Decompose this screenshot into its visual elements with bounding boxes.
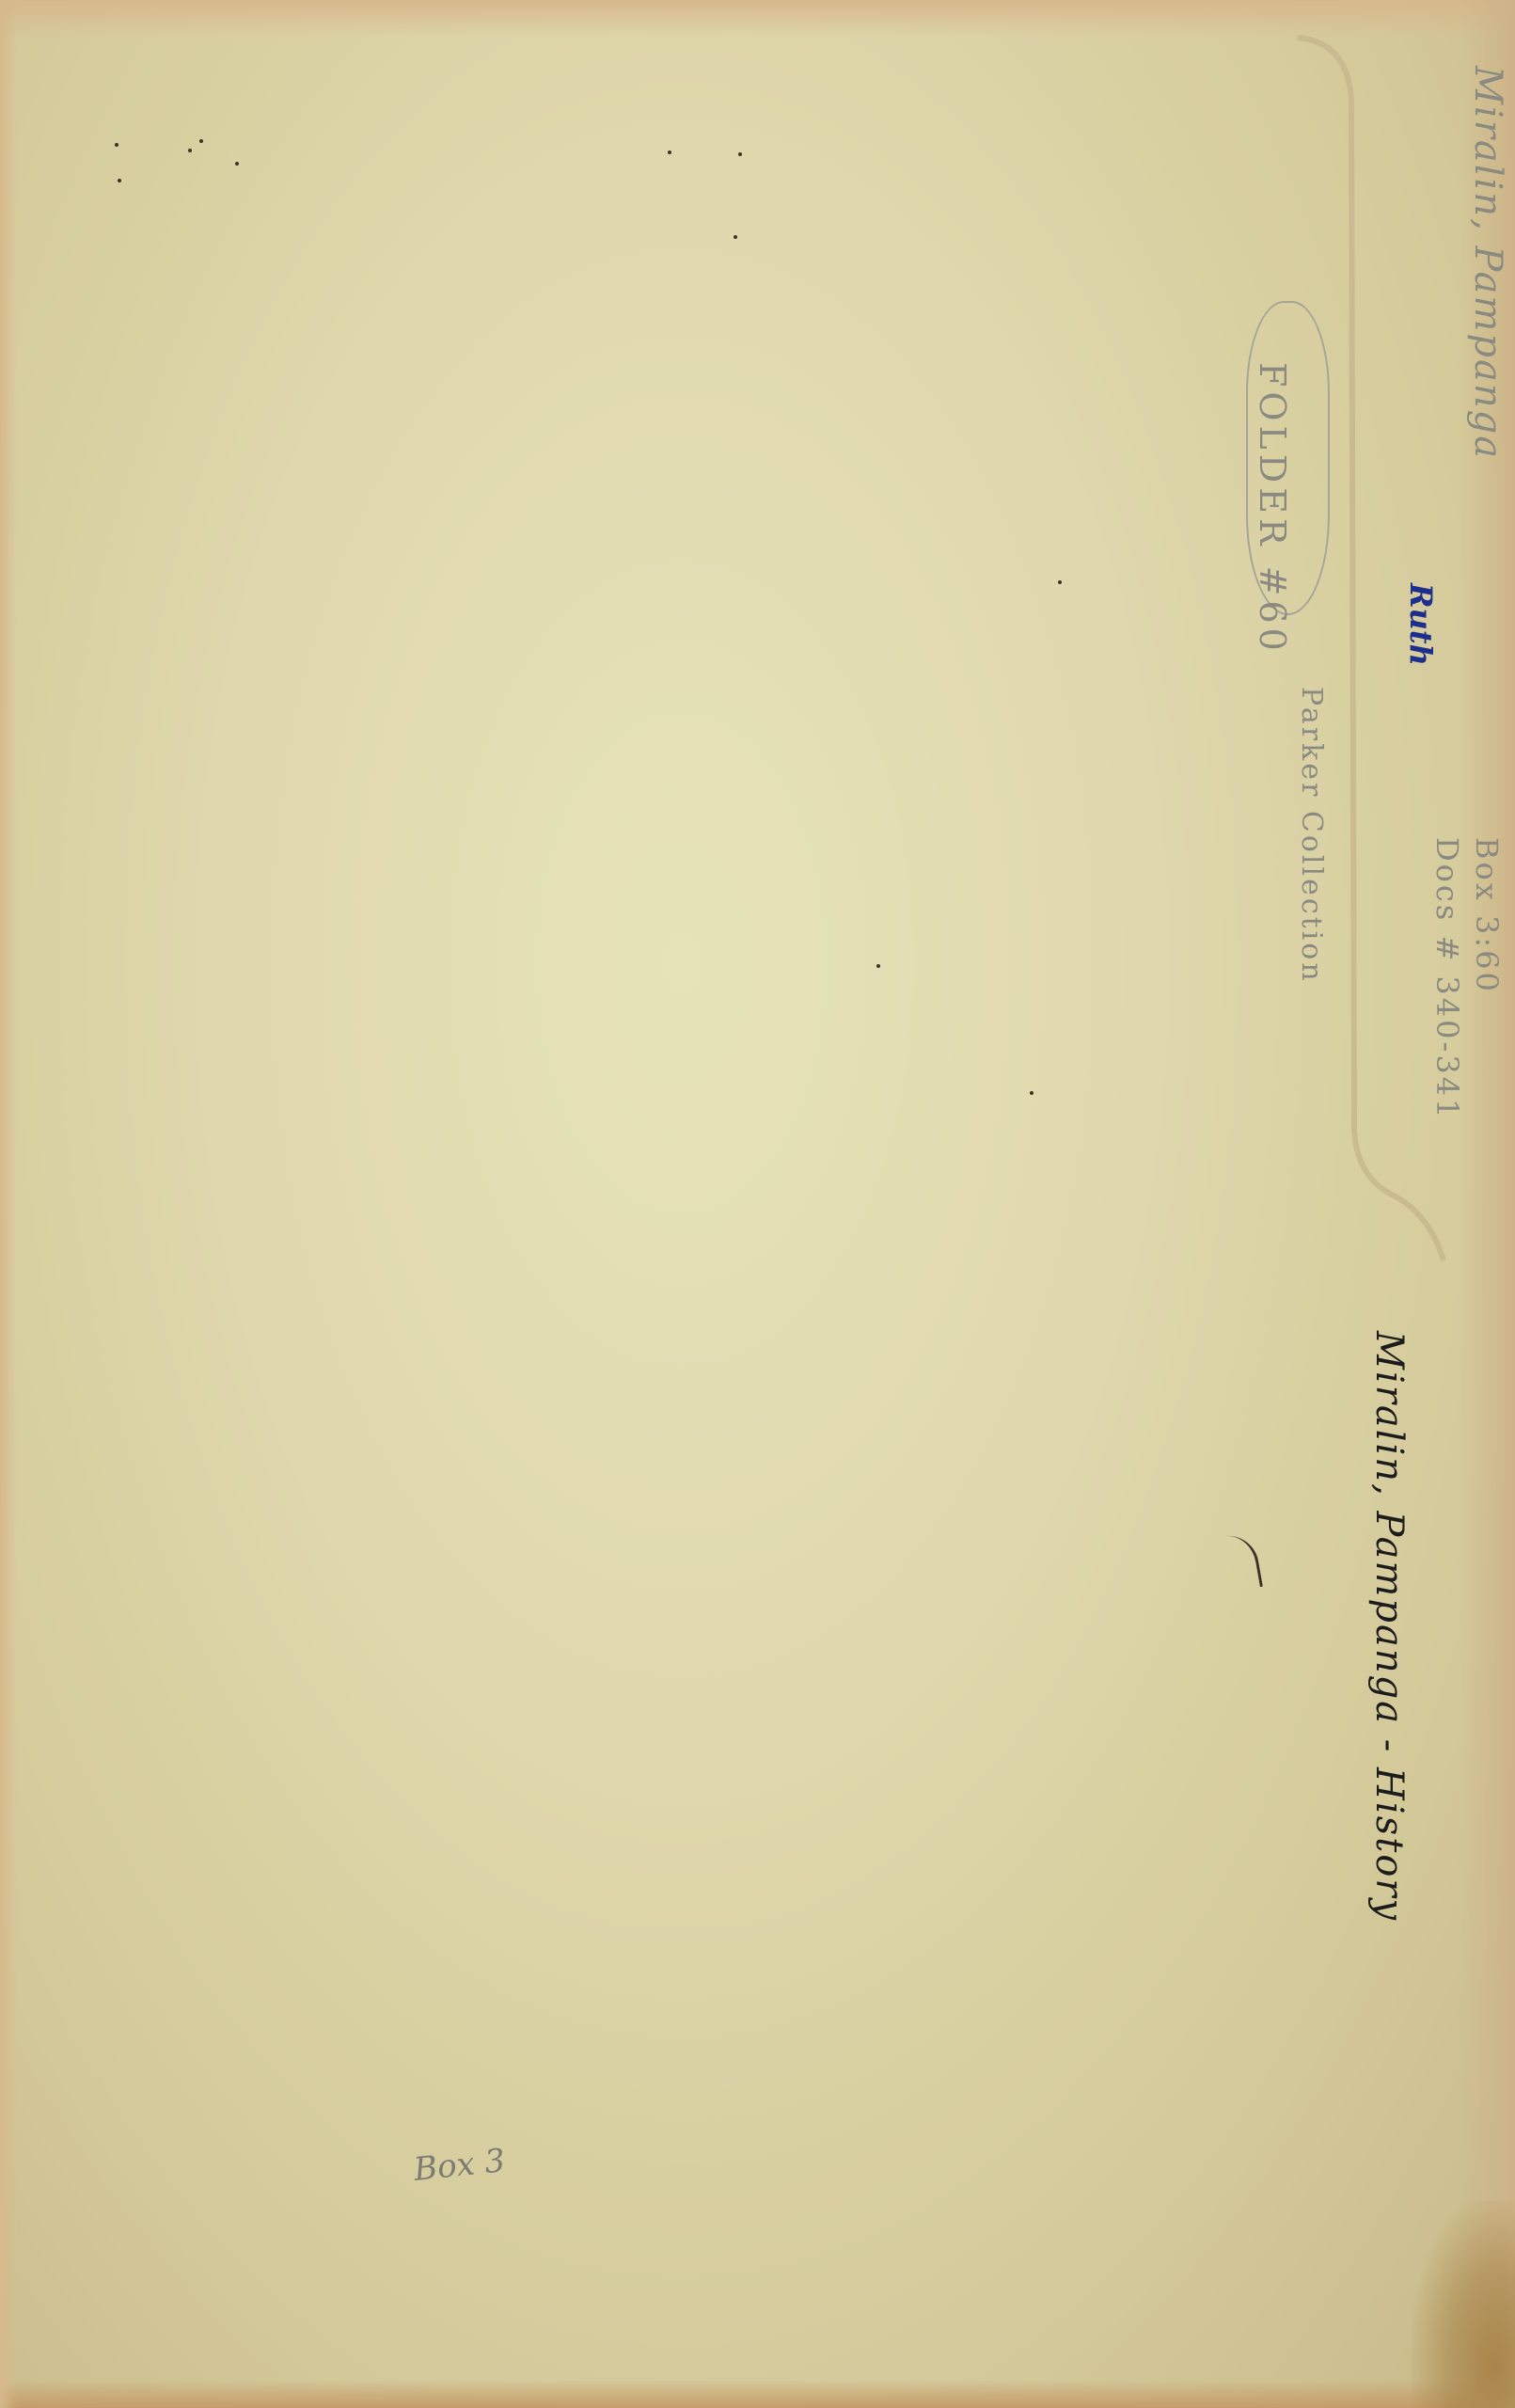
speck xyxy=(188,149,192,152)
box-reference-note: Box 3:60 xyxy=(1469,837,1505,994)
speck xyxy=(199,139,203,143)
collection-note: Parker Collection xyxy=(1295,687,1328,984)
speck xyxy=(1030,1091,1034,1095)
speck xyxy=(1058,580,1062,584)
speck xyxy=(876,964,880,968)
speck xyxy=(118,179,121,182)
speck xyxy=(115,143,118,147)
speck xyxy=(734,235,737,239)
docs-reference-note: Docs # 340-341 xyxy=(1429,837,1465,1120)
tab-title-note: Miralin, Pampanga xyxy=(1466,66,1509,460)
speck xyxy=(738,152,742,156)
folder-number-note: FOLDER #60 xyxy=(1252,362,1293,656)
speck xyxy=(668,150,671,154)
subject-label-note: Miralin, Pampanga - History xyxy=(1367,1331,1411,1922)
initials-note: Ruth xyxy=(1403,583,1439,666)
speck xyxy=(235,162,239,166)
